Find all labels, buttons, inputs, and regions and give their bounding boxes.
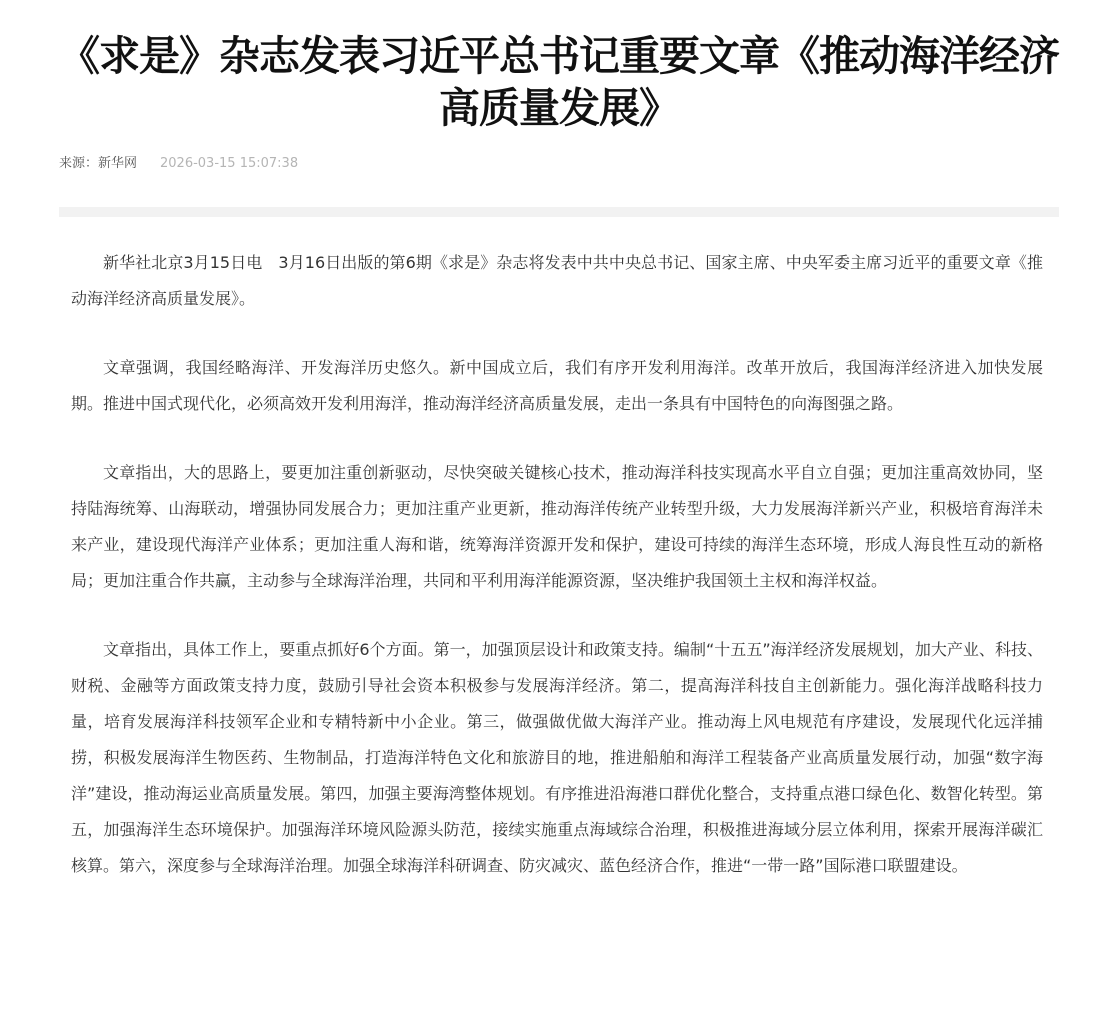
paragraph: 文章指出，具体工作上，要重点抓好6个方面。第一，加强顶层设计和政策支持。编制“十… — [71, 632, 1043, 884]
article-source: 来源：新华网 — [59, 154, 137, 174]
article-title: 《求是》杂志发表习近平总书记重要文章《推动海洋经济高质量发展》 — [59, 0, 1059, 134]
article-body: 新华社北京3月15日电 3月16日出版的第6期《求是》杂志将发表中共中央总书记、… — [59, 245, 1059, 884]
article-meta: 来源：新华网 2026-03-15 15:07:38 — [59, 154, 1059, 174]
article: 《求是》杂志发表习近平总书记重要文章《推动海洋经济高质量发展》 来源：新华网 2… — [59, 0, 1059, 884]
paragraph: 文章指出，大的思路上，要更加注重创新驱动，尽快突破关键核心技术，推动海洋科技实现… — [71, 455, 1043, 599]
paragraph: 新华社北京3月15日电 3月16日出版的第6期《求是》杂志将发表中共中央总书记、… — [71, 245, 1043, 317]
paragraph: 文章强调，我国经略海洋、开发海洋历史悠久。新中国成立后，我们有序开发利用海洋。改… — [71, 350, 1043, 422]
article-datetime: 2026-03-15 15:07:38 — [160, 154, 298, 174]
header-divider — [59, 207, 1059, 217]
